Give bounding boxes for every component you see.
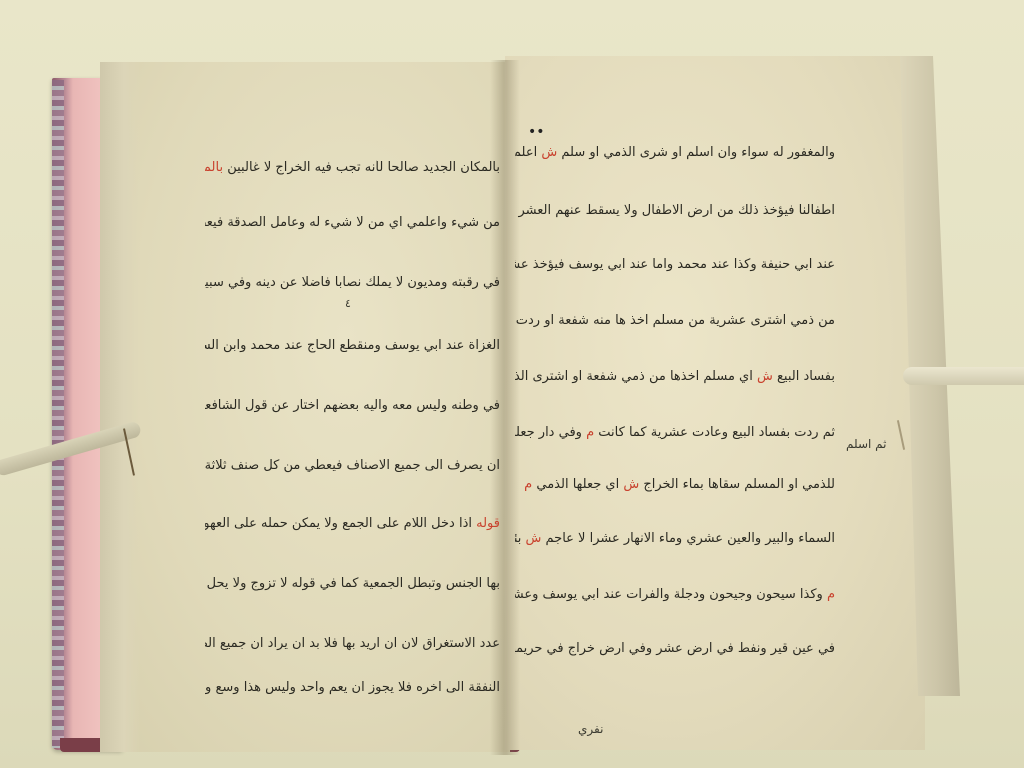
text-line: قوله اذا دخل اللام على الجمع ولا يمكن حم… [205,516,500,531]
text-line: للذمي او المسلم سقاها بماء الخراج ش اي ج… [515,477,835,492]
text-line: عدد الاستغراق لان ان اريد بها فلا بد ان … [205,636,500,651]
text-line: بها الجنس وتبطل الجمعية كما في قوله لا ت… [205,576,500,591]
marginal-note: ثم اسلم [846,437,887,451]
text-line: والمغفور له سواء وان اسلم او شرى الذمي ا… [515,145,835,160]
text-line: النفقة الى اخره فلا يجوز ان يعم واحد ولي… [205,680,500,695]
text-line: اطفالنا فيؤخذ ذلك من ارض الاطفال ولا يسق… [515,203,835,218]
right-page-text-block: والمغفور له سواء وان اسلم او شرى الذمي ا… [515,145,835,675]
ink-dots: •• [528,124,545,140]
text-line: بالمكان الجديد صالحا لأنه تجب فيه الخراج… [205,160,500,175]
text-line: بفساد البيع ش اي مسلم اخذها من ذمي شفعة … [515,369,835,384]
text-line: م وكذا سيحون وجيحون ودجلة والفرات عند اب… [515,587,835,602]
text-line: السماء والبير والعين عشري وماء الانهار ع… [515,531,835,546]
left-margin-mark: ٤ [345,297,351,310]
right-holding-rod [903,367,1024,385]
text-line: في عين قير ونفط في ارض عشر وفي ارض خراج … [515,641,835,656]
text-line: الغزاة عند ابي يوسف ومنقطع الحاج عند محم… [205,338,500,353]
text-line: في وطنه وليس معه واليه بعضهم اختار عن قو… [205,398,500,413]
left-page-fold [100,62,140,752]
text-line: عند ابي حنيفة وكذا عند محمد واما عند ابي… [515,257,835,272]
text-line: من ذمي اشترى عشرية من مسلم اخذ ها منه شف… [515,313,835,328]
text-line: ان يصرف الى جميع الاصناف فيعطي من كل صنف… [205,458,500,473]
text-line: من شيء واعلمي اي من لا شيء له وعامل الصد… [205,215,500,230]
text-line: في رقبته ومديون لا يملك نصابا فاضلا عن د… [205,275,500,290]
left-page-text-block: بالمكان الجديد صالحا لأنه تجب فيه الخراج… [205,160,500,720]
catchword: نفري [578,722,603,736]
text-line: ثم ردت بفساد البيع وعادت عشرية كما كانت … [515,425,835,440]
marbled-edge [52,80,64,748]
